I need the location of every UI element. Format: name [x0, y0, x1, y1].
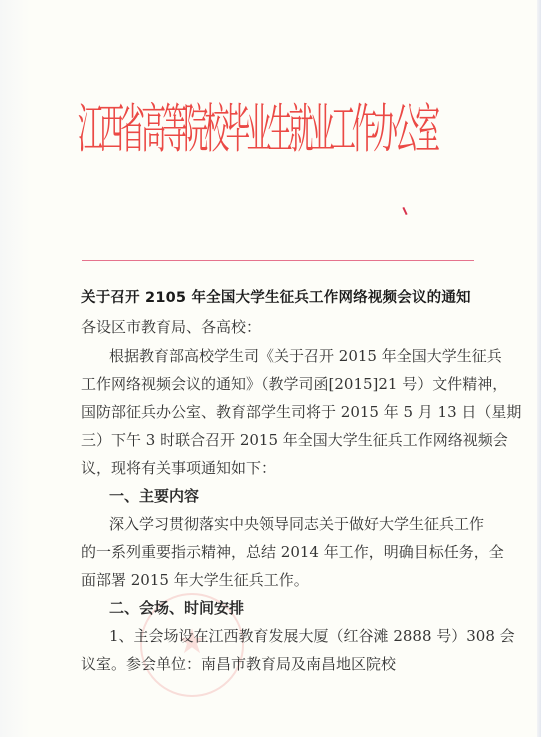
section-1-line-2: 的一系列重要指示精神，总结 2014 年工作，明确目标任务，全: [81, 542, 473, 562]
document-title: 关于召开 2105 年全国大学生征兵工作网络视频会议的通知: [81, 286, 471, 307]
letterhead-divider: [82, 260, 474, 261]
section-1-line-1: 深入学习贯彻落实中央领导同志关于做好大学生征兵工作: [109, 514, 501, 534]
salutation: 各设区市教育局、各高校：: [81, 317, 473, 337]
section-1-heading: 一、主要内容: [109, 486, 501, 506]
section-2-line-1: 1、主会场设在江西教育发展大厦（红谷滩 2888 号）308 会: [109, 626, 501, 646]
page-edge-shadow-left: [0, 0, 30, 737]
paragraph-1-line-5: 议，现将有关事项通知如下：: [81, 458, 473, 478]
page-edge-shadow-right: [537, 0, 541, 737]
paragraph-1-line-4: 三）下午 3 时联合召开 2015 年全国大学生征兵工作网络视频会: [81, 430, 473, 450]
paragraph-1-line-2: 工作网络视频会议的通知》（教学司函[2015]21 号）文件精神，: [81, 374, 473, 394]
paragraph-1-line-1: 根据教育部高校学生司《关于召开 2015 年全国大学生征兵: [109, 346, 501, 366]
section-2-heading: 二、会场、时间安排: [109, 598, 501, 618]
paragraph-1-line-3: 国防部征兵办公室、教育部学生司将于 2015 年 5 月 13 日（星期: [81, 402, 473, 422]
section-1-line-3: 面部署 2015 年大学生征兵工作。: [81, 570, 473, 590]
section-2-line-2: 议室。参会单位：南昌市教育局及南昌地区院校: [81, 654, 473, 674]
letterhead-title: 江西省高等院校毕业生就业工作办公室: [78, 88, 322, 172]
red-tick-mark: [402, 207, 407, 215]
